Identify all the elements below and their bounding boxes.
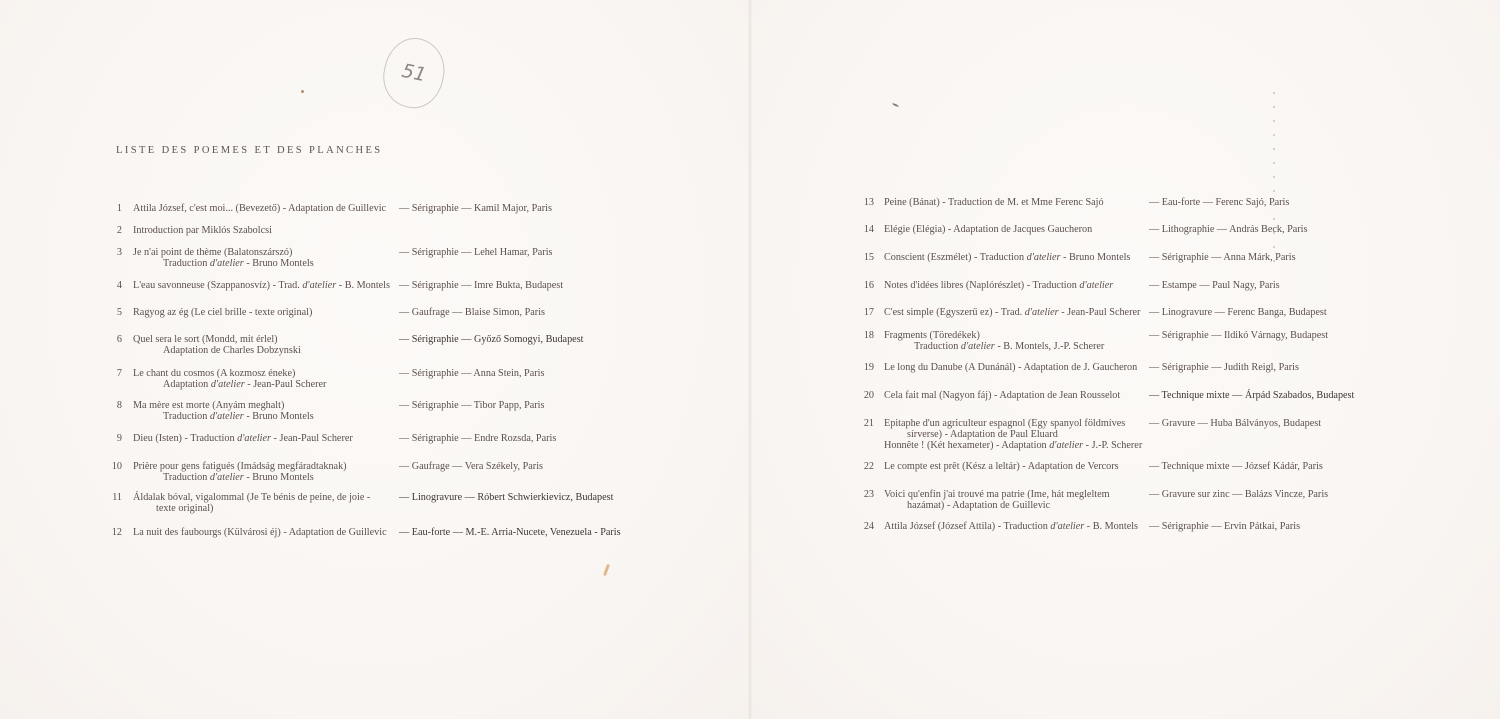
entry-title: Áldalak bóval, vigalommal (Je Te bénis d… bbox=[133, 492, 370, 514]
entry-number: 1 bbox=[108, 203, 122, 214]
entry-number: 24 bbox=[860, 521, 874, 532]
title-continuation-line: Traduction d'atelier - Bruno Montels bbox=[133, 258, 314, 269]
paper-speck bbox=[892, 103, 899, 108]
entry-title: Le long du Danube (A Dunánál) - Adaptati… bbox=[884, 362, 1137, 373]
entry-title: Attila József, c'est moi... (Bevezető) -… bbox=[133, 203, 386, 214]
paper-stain bbox=[603, 564, 610, 576]
left-page: 51 LISTE DES POEMES ET DES PLANCHES 1Att… bbox=[0, 0, 750, 719]
entry-title: Fragments (Töredékek)Traduction d'atelie… bbox=[884, 330, 1104, 352]
title-line: Attila József (József Attila) - Traducti… bbox=[884, 521, 1138, 532]
plate-technique-artist: — Eau-forte — Ferenc Sajó, Paris bbox=[1149, 197, 1289, 208]
entry-number: 13 bbox=[860, 197, 874, 208]
entry-number: 23 bbox=[860, 489, 874, 500]
entry-number: 8 bbox=[108, 400, 122, 411]
entry-number: 4 bbox=[108, 280, 122, 291]
entry-number: 15 bbox=[860, 252, 874, 263]
entry-title: Dieu (Isten) - Traduction d'atelier - Je… bbox=[133, 433, 353, 444]
title-line: Introduction par Miklós Szabolcsi bbox=[133, 225, 272, 236]
entry-title: Prière pour gens fatigués (Imádság megfá… bbox=[133, 461, 347, 483]
plate-technique-artist: — Technique mixte — József Kádár, Paris bbox=[1149, 461, 1323, 472]
entry-title: Attila József (József Attila) - Traducti… bbox=[884, 521, 1138, 532]
title-line: Peine (Bánat) - Traduction de M. et Mme … bbox=[884, 197, 1104, 208]
plate-technique-artist: — Eau-forte — M.-E. Arria-Nucete, Venezu… bbox=[399, 527, 621, 538]
title-continuation-line: Traduction d'atelier - Bruno Montels bbox=[133, 472, 347, 483]
entry-title: Ma mère est morte (Anyám meghalt)Traduct… bbox=[133, 400, 314, 422]
plate-technique-artist: — Sérigraphie — Ervin Pátkai, Paris bbox=[1149, 521, 1300, 532]
title-line: Elégie (Elégia) - Adaptation de Jacques … bbox=[884, 224, 1092, 235]
plate-technique-artist: — Gaufrage — Vera Székely, Paris bbox=[399, 461, 543, 472]
pencil-page-number: 51 bbox=[377, 33, 450, 114]
title-line: La nuit des faubourgs (Külvárosi éj) - A… bbox=[133, 527, 387, 538]
entry-title: Introduction par Miklós Szabolcsi bbox=[133, 225, 272, 236]
plate-technique-artist: — Sérigraphie — Imre Bukta, Budapest bbox=[399, 280, 563, 291]
italic-atelier: d'atelier bbox=[1049, 440, 1083, 451]
title-line: L'eau savonneuse (Szappanosvíz) - Trad. … bbox=[133, 280, 390, 291]
title-line: Je n'ai point de thème (Balatonszárszó) bbox=[133, 247, 314, 258]
entry-number: 9 bbox=[108, 433, 122, 444]
title-continuation-line: Adaptation de Charles Dobzynski bbox=[133, 345, 301, 356]
pencil-number-text: 51 bbox=[400, 60, 428, 87]
italic-atelier: d'atelier bbox=[237, 433, 271, 444]
title-line: Notes d'idées libres (Naplórészlet) - Tr… bbox=[884, 280, 1113, 291]
entry-number: 20 bbox=[860, 390, 874, 401]
entry-title: Epitaphe d'un agriculteur espagnol (Egy … bbox=[884, 418, 1142, 451]
entry-title: La nuit des faubourgs (Külvárosi éj) - A… bbox=[133, 527, 387, 538]
title-line: Epitaphe d'un agriculteur espagnol (Egy … bbox=[884, 418, 1142, 429]
entry-number: 12 bbox=[108, 527, 122, 538]
italic-atelier: d'atelier bbox=[210, 258, 244, 269]
entry-title: Cela fait mal (Nagyon fáj) - Adaptation … bbox=[884, 390, 1120, 401]
title-line: Attila József, c'est moi... (Bevezető) -… bbox=[133, 203, 386, 214]
italic-atelier: d'atelier bbox=[1050, 521, 1084, 532]
entry-number: 16 bbox=[860, 280, 874, 291]
italic-atelier: d'atelier bbox=[210, 472, 244, 483]
plate-technique-artist: — Gravure — Huba Bálványos, Budapest bbox=[1149, 418, 1321, 429]
title-continuation-line: Honnête ! (Két hexameter) - Adaptation d… bbox=[884, 440, 1142, 451]
title-continuation-line: hazámat) - Adaptation de Guillevic bbox=[884, 500, 1110, 511]
italic-atelier: d'atelier bbox=[1025, 307, 1059, 318]
plate-technique-artist: — Sérigraphie — Judith Reigl, Paris bbox=[1149, 362, 1299, 373]
entry-title: Peine (Bánat) - Traduction de M. et Mme … bbox=[884, 197, 1104, 208]
entry-number: 22 bbox=[860, 461, 874, 472]
plate-technique-artist: — Sérigraphie — Anna Stein, Paris bbox=[399, 368, 544, 379]
entry-number: 17 bbox=[860, 307, 874, 318]
plate-technique-artist: — Gaufrage — Blaise Simon, Paris bbox=[399, 307, 545, 318]
entry-number: 7 bbox=[108, 368, 122, 379]
title-line: Ragyog az ég (Le ciel brille - texte ori… bbox=[133, 307, 312, 318]
center-fold bbox=[748, 0, 752, 719]
entry-number: 10 bbox=[108, 461, 122, 472]
title-line: Áldalak bóval, vigalommal (Je Te bénis d… bbox=[133, 492, 370, 503]
title-continuation-line: Traduction d'atelier - Bruno Montels bbox=[133, 411, 314, 422]
entry-title: Elégie (Elégia) - Adaptation de Jacques … bbox=[884, 224, 1092, 235]
plate-technique-artist: — Technique mixte — Árpád Szabados, Buda… bbox=[1149, 390, 1354, 401]
italic-atelier: d'atelier bbox=[210, 411, 244, 422]
entry-number: 2 bbox=[108, 225, 122, 236]
title-line: C'est simple (Egyszerű ez) - Trad. d'ate… bbox=[884, 307, 1140, 318]
plate-technique-artist: — Estampe — Paul Nagy, Paris bbox=[1149, 280, 1280, 291]
entry-title: L'eau savonneuse (Szappanosvíz) - Trad. … bbox=[133, 280, 390, 291]
italic-atelier: d'atelier bbox=[302, 280, 336, 291]
plate-technique-artist: — Sérigraphie — Tibor Papp, Paris bbox=[399, 400, 544, 411]
entry-title: Conscient (Eszmélet) - Traduction d'atel… bbox=[884, 252, 1130, 263]
title-line: Le chant du cosmos (A kozmosz éneke) bbox=[133, 368, 326, 379]
italic-atelier: d'atelier bbox=[211, 379, 245, 390]
right-page: 13Peine (Bánat) - Traduction de M. et Mm… bbox=[750, 0, 1500, 719]
entry-number: 19 bbox=[860, 362, 874, 373]
title-continuation-line: sírverse) - Adaptation de Paul Eluard bbox=[884, 429, 1142, 440]
plate-technique-artist: — Sérigraphie — Lehel Hamar, Paris bbox=[399, 247, 553, 258]
entry-number: 5 bbox=[108, 307, 122, 318]
title-line: Dieu (Isten) - Traduction d'atelier - Je… bbox=[133, 433, 353, 444]
entry-number: 11 bbox=[108, 492, 122, 503]
entry-title: Ragyog az ég (Le ciel brille - texte ori… bbox=[133, 307, 312, 318]
plate-technique-artist: — Sérigraphie — Kamil Major, Paris bbox=[399, 203, 552, 214]
entry-title: Le compte est prêt (Kész a leltár) - Ada… bbox=[884, 461, 1119, 472]
paper-speck bbox=[301, 90, 304, 93]
entry-number: 6 bbox=[108, 334, 122, 345]
plate-technique-artist: — Linogravure — Ferenc Banga, Budapest bbox=[1149, 307, 1327, 318]
plate-technique-artist: — Sérigraphie — Ildikó Várnagy, Budapest bbox=[1149, 330, 1328, 341]
italic-atelier: d'atelier bbox=[1079, 280, 1113, 291]
title-continuation-line: Traduction d'atelier - B. Montels, J.-P.… bbox=[884, 341, 1104, 352]
entry-title: Voici qu'enfin j'ai trouvé ma patrie (Im… bbox=[884, 489, 1110, 511]
entry-title: C'est simple (Egyszerű ez) - Trad. d'ate… bbox=[884, 307, 1140, 318]
entry-title: Quel sera le sort (Mondd, mit érlel)Adap… bbox=[133, 334, 301, 356]
title-line: Le long du Danube (A Dunánál) - Adaptati… bbox=[884, 362, 1137, 373]
title-line: Prière pour gens fatigués (Imádság megfá… bbox=[133, 461, 347, 472]
title-line: Quel sera le sort (Mondd, mit érlel) bbox=[133, 334, 301, 345]
title-line: Conscient (Eszmélet) - Traduction d'atel… bbox=[884, 252, 1130, 263]
italic-atelier: d'atelier bbox=[1027, 252, 1061, 263]
title-continuation-line: Adaptation d'atelier - Jean-Paul Scherer bbox=[133, 379, 326, 390]
entry-title: Notes d'idées libres (Naplórészlet) - Tr… bbox=[884, 280, 1113, 291]
plate-technique-artist: — Gravure sur zinc — Balázs Vincze, Pari… bbox=[1149, 489, 1328, 500]
title-line: Voici qu'enfin j'ai trouvé ma patrie (Im… bbox=[884, 489, 1110, 500]
list-heading: LISTE DES POEMES ET DES PLANCHES bbox=[116, 145, 383, 156]
entry-title: Le chant du cosmos (A kozmosz éneke)Adap… bbox=[133, 368, 326, 390]
title-line: Cela fait mal (Nagyon fáj) - Adaptation … bbox=[884, 390, 1120, 401]
entry-title: Je n'ai point de thème (Balatonszárszó)T… bbox=[133, 247, 314, 269]
paper-perforation-marks bbox=[1273, 92, 1275, 272]
plate-technique-artist: — Lithographie — András Beck, Paris bbox=[1149, 224, 1307, 235]
title-continuation-line: texte original) bbox=[133, 503, 370, 514]
plate-technique-artist: — Sérigraphie — Endre Rozsda, Paris bbox=[399, 433, 556, 444]
plate-technique-artist: — Linogravure — Róbert Schwierkievicz, B… bbox=[399, 492, 613, 503]
title-line: Ma mère est morte (Anyám meghalt) bbox=[133, 400, 314, 411]
entry-number: 14 bbox=[860, 224, 874, 235]
entry-number: 3 bbox=[108, 247, 122, 258]
entry-number: 18 bbox=[860, 330, 874, 341]
italic-atelier: d'atelier bbox=[961, 341, 995, 352]
title-line: Le compte est prêt (Kész a leltár) - Ada… bbox=[884, 461, 1119, 472]
title-line: Fragments (Töredékek) bbox=[884, 330, 1104, 341]
entry-number: 21 bbox=[860, 418, 874, 429]
plate-technique-artist: — Sérigraphie — Győző Somogyi, Budapest bbox=[399, 334, 583, 345]
